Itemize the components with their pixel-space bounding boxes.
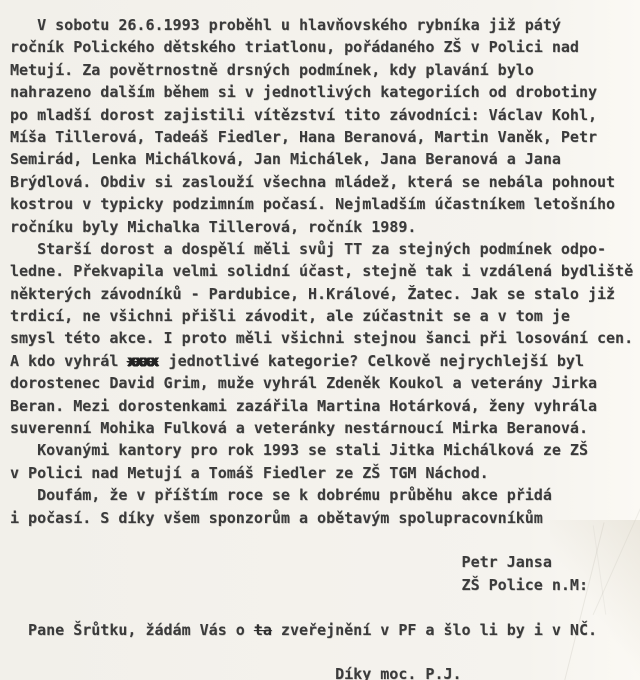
text-segment: Díky moc. P.J. — [10, 665, 462, 680]
text-line-7: Semirád, Lenka Michálková, Jan Michálek,… — [10, 148, 638, 170]
text-segment: po mladší dorost zajistili vítězství tit… — [10, 106, 597, 124]
text-segment: Doufám, že v příštím roce se k dobrému p… — [10, 486, 552, 504]
text-line-8: Brýdlová. Obdiv si zaslouží všechna mlád… — [10, 171, 638, 193]
text-segment: ročník Polického dětského triatlonu, poř… — [10, 38, 579, 56]
text-line-21: v Polici nad Metují a Tomáš Fiedler ze Z… — [10, 462, 638, 484]
text-segment: kostrou v typicky podzimním počasí. Nejm… — [10, 195, 615, 213]
text-line-2: ročník Polického dětského triatlonu, poř… — [10, 36, 638, 58]
text-segment — [10, 598, 19, 616]
text-segment: nahrazeno dalším během si v jednotlivých… — [10, 83, 597, 101]
text-segment: jednotlivé kategorie? Celkově nejrychlej… — [160, 352, 584, 370]
text-line-18: Beran. Mezi dorostenkami zazářila Martin… — [10, 395, 638, 417]
text-segment: Kovanými kantory pro rok 1993 se stali J… — [10, 441, 588, 459]
scanned-letter-page: V sobotu 26.6.1993 proběhl u hlavňovskéh… — [0, 0, 640, 680]
text-segment: suverenní Mohika Fulková a veteránky nes… — [10, 419, 588, 437]
text-line-29 — [10, 641, 638, 663]
text-line-10: ročníku byly Michalka Tillerová, ročník … — [10, 216, 638, 238]
text-line-6: Míša Tillerová, Tadeáš Fiedler, Hana Ber… — [10, 126, 638, 148]
text-segment: V sobotu 26.6.1993 proběhl u hlavňovskéh… — [10, 16, 561, 34]
text-line-22: Doufám, že v příštím roce se k dobrému p… — [10, 484, 638, 506]
text-segment: trdicí, ne všichni přišli závodit, ale z… — [10, 307, 570, 325]
signature-name: Petr Jansa — [10, 551, 638, 573]
text-line-16: A kdo vyhrál xxxx jednotlivé kategorie? … — [10, 350, 638, 372]
text-line-14: trdicí, ne všichni přišli závodit, ale z… — [10, 305, 638, 327]
text-segment: v Polici nad Metují a Tomáš Fiedler ze Z… — [10, 464, 489, 482]
text-line-3: Metují. Za povětrnostně drsných podmínek… — [10, 59, 638, 81]
text-line-13: některých závodníků - Pardubice, H.Králo… — [10, 283, 638, 305]
text-segment — [10, 531, 19, 549]
text-segment: A kdo vyhrál — [10, 352, 127, 370]
text-segment: Petr Jansa — [10, 553, 552, 571]
text-line-1: V sobotu 26.6.1993 proběhl u hlavňovskéh… — [10, 14, 638, 36]
text-line-24 — [10, 529, 638, 551]
postscript-line: Pane Šrůtku, žádám Vás o ta zveřejnění v… — [10, 619, 638, 641]
text-segment: ledne. Překvapila velmi solidní účast, s… — [10, 262, 633, 280]
text-line-12: ledne. Překvapila velmi solidní účast, s… — [10, 260, 638, 282]
text-segment: smysl této akce. I proto měli všichni st… — [10, 329, 633, 347]
text-line-17: dorostenec David Grim, muže vyhrál Zdeně… — [10, 372, 638, 394]
text-segment — [10, 643, 19, 661]
text-line-5: po mladší dorost zajistili vítězství tit… — [10, 104, 638, 126]
text-line-9: kostrou v typicky podzimním počasí. Nejm… — [10, 193, 638, 215]
typewritten-letter: V sobotu 26.6.1993 proběhl u hlavňovskéh… — [0, 0, 640, 680]
struck-out-text: xxxx — [127, 352, 159, 370]
text-segment: Míša Tillerová, Tadeáš Fiedler, Hana Ber… — [10, 128, 597, 146]
text-line-19: suverenní Mohika Fulková a veteránky nes… — [10, 417, 638, 439]
text-segment: Beran. Mezi dorostenkami zazářila Martin… — [10, 397, 597, 415]
text-segment: i počasí. S díky všem sponzorům a obětav… — [10, 509, 543, 527]
signature-org: ZŠ Police n.M: — [10, 574, 638, 596]
struck-out-text: ta — [254, 621, 272, 639]
text-segment: Brýdlová. Obdiv si zaslouží všechna mlád… — [10, 173, 615, 191]
text-segment: Pane Šrůtku, žádám Vás o — [10, 621, 254, 639]
text-segment: ročníku byly Michalka Tillerová, ročník … — [10, 218, 416, 236]
text-line-20: Kovanými kantory pro rok 1993 se stali J… — [10, 439, 638, 461]
text-line-4: nahrazeno dalším během si v jednotlivých… — [10, 81, 638, 103]
text-segment: Semirád, Lenka Michálková, Jan Michálek,… — [10, 150, 561, 168]
text-line-23: i počasí. S díky všem sponzorům a obětav… — [10, 507, 638, 529]
text-segment: některých závodníků - Pardubice, H.Králo… — [10, 285, 615, 303]
text-segment: dorostenec David Grim, muže vyhrál Zdeně… — [10, 374, 597, 392]
text-segment: Starší dorost a dospělí měli svůj TT za … — [10, 240, 606, 258]
text-segment: zveřejnění v PF a šlo li by i v NČ. — [272, 621, 597, 639]
text-line-27 — [10, 596, 638, 618]
text-segment: ZŠ Police n.M: — [10, 576, 588, 594]
text-line-15: smysl této akce. I proto měli všichni st… — [10, 327, 638, 349]
closing-line: Díky moc. P.J. — [10, 663, 638, 680]
text-segment: Metují. Za povětrnostně drsných podmínek… — [10, 61, 534, 79]
text-line-11: Starší dorost a dospělí měli svůj TT za … — [10, 238, 638, 260]
